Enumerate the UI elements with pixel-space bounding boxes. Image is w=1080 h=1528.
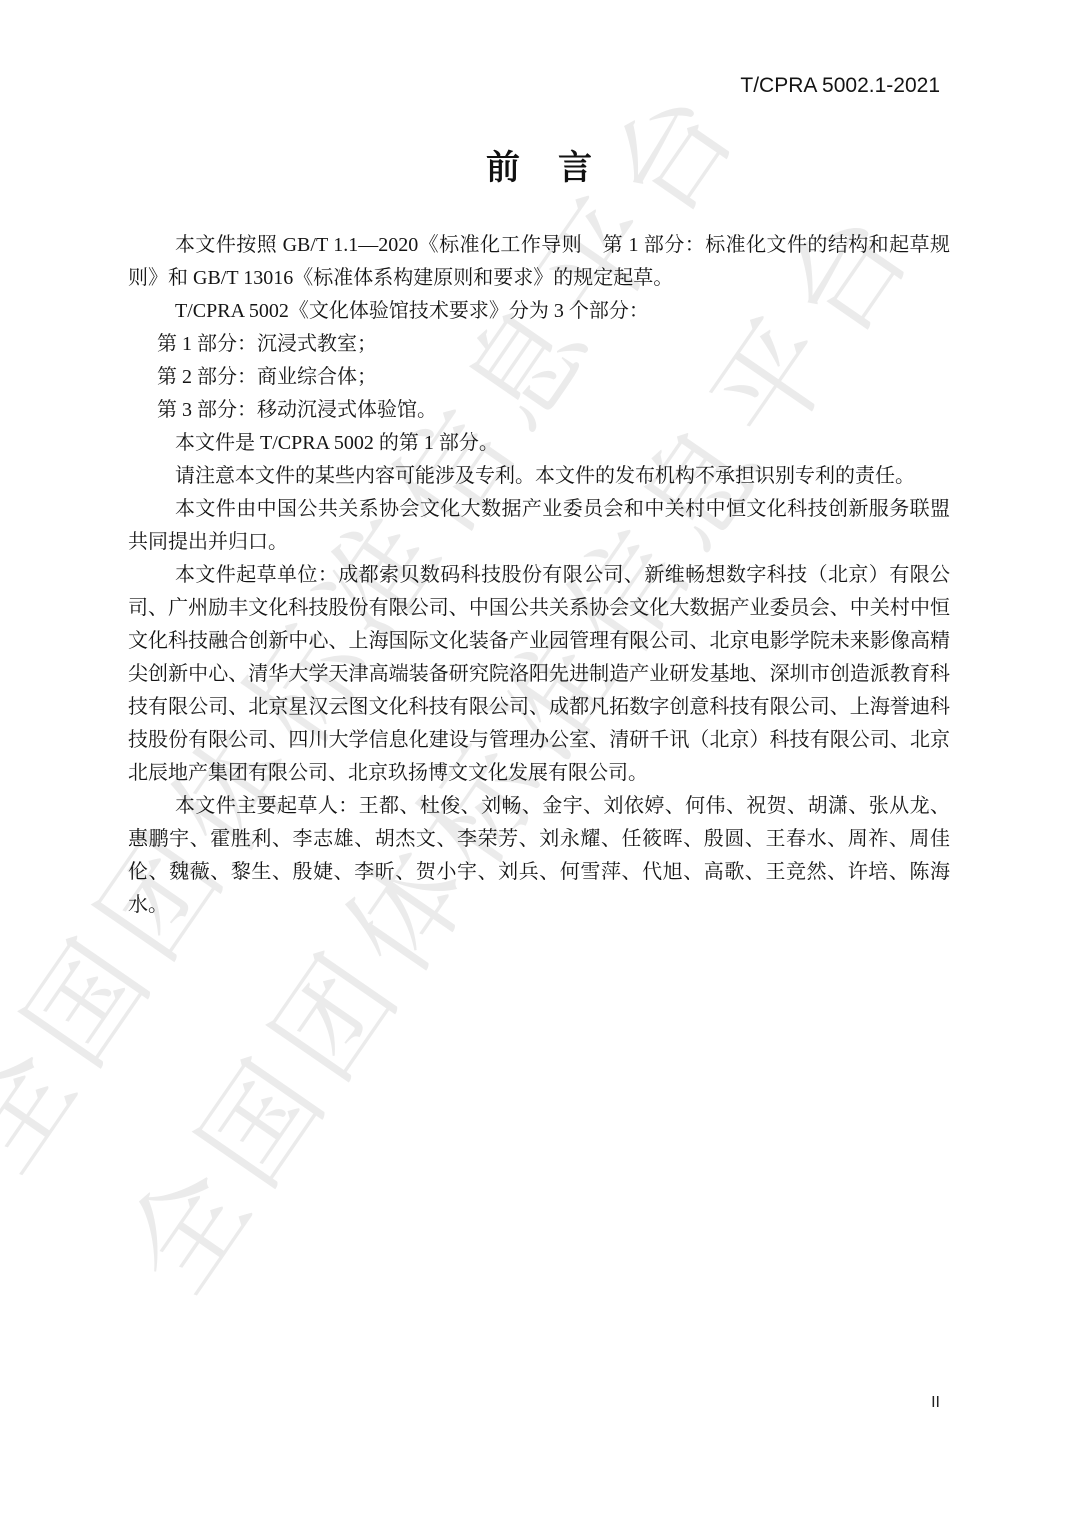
foreword-paragraph: 本文件是 T/CPRA 5002 的第 1 部分。 (128, 427, 950, 460)
page-title: 前 言 (0, 140, 1080, 189)
foreword-paragraph: 请注意本文件的某些内容可能涉及专利。本文件的发布机构不承担识别专利的责任。 (128, 460, 950, 493)
page-number: II (931, 1394, 940, 1412)
foreword-paragraph: 本文件由中国公共关系协会文化大数据产业委员会和中关村中恒文化科技创新服务联盟共同… (128, 493, 950, 559)
foreword-paragraph: 本文件按照 GB/T 1.1—2020《标准化工作导则 第 1 部分：标准化文件… (128, 229, 950, 295)
foreword-paragraph: 第 2 部分：商业综合体； (128, 361, 950, 394)
document-page: 全国团体标准信息平台 全国团体标准信息平台 T/CPRA 5002.1-2021… (0, 0, 1080, 1528)
foreword-paragraph: 本文件起草单位：成都索贝数码科技股份有限公司、新维畅想数字科技（北京）有限公司、… (128, 559, 950, 790)
foreword-paragraph: 第 1 部分：沉浸式教室； (128, 328, 950, 361)
foreword-paragraph: 第 3 部分：移动沉浸式体验馆。 (128, 394, 950, 427)
foreword-paragraph: 本文件主要起草人：王都、杜俊、刘畅、金宇、刘依婷、何伟、祝贺、胡潇、张从龙、惠鹏… (128, 790, 950, 922)
foreword-paragraph: T/CPRA 5002《文化体验馆技术要求》分为 3 个部分： (128, 295, 950, 328)
foreword-body: 本文件按照 GB/T 1.1—2020《标准化工作导则 第 1 部分：标准化文件… (128, 229, 950, 922)
standard-number: T/CPRA 5002.1-2021 (740, 74, 940, 98)
